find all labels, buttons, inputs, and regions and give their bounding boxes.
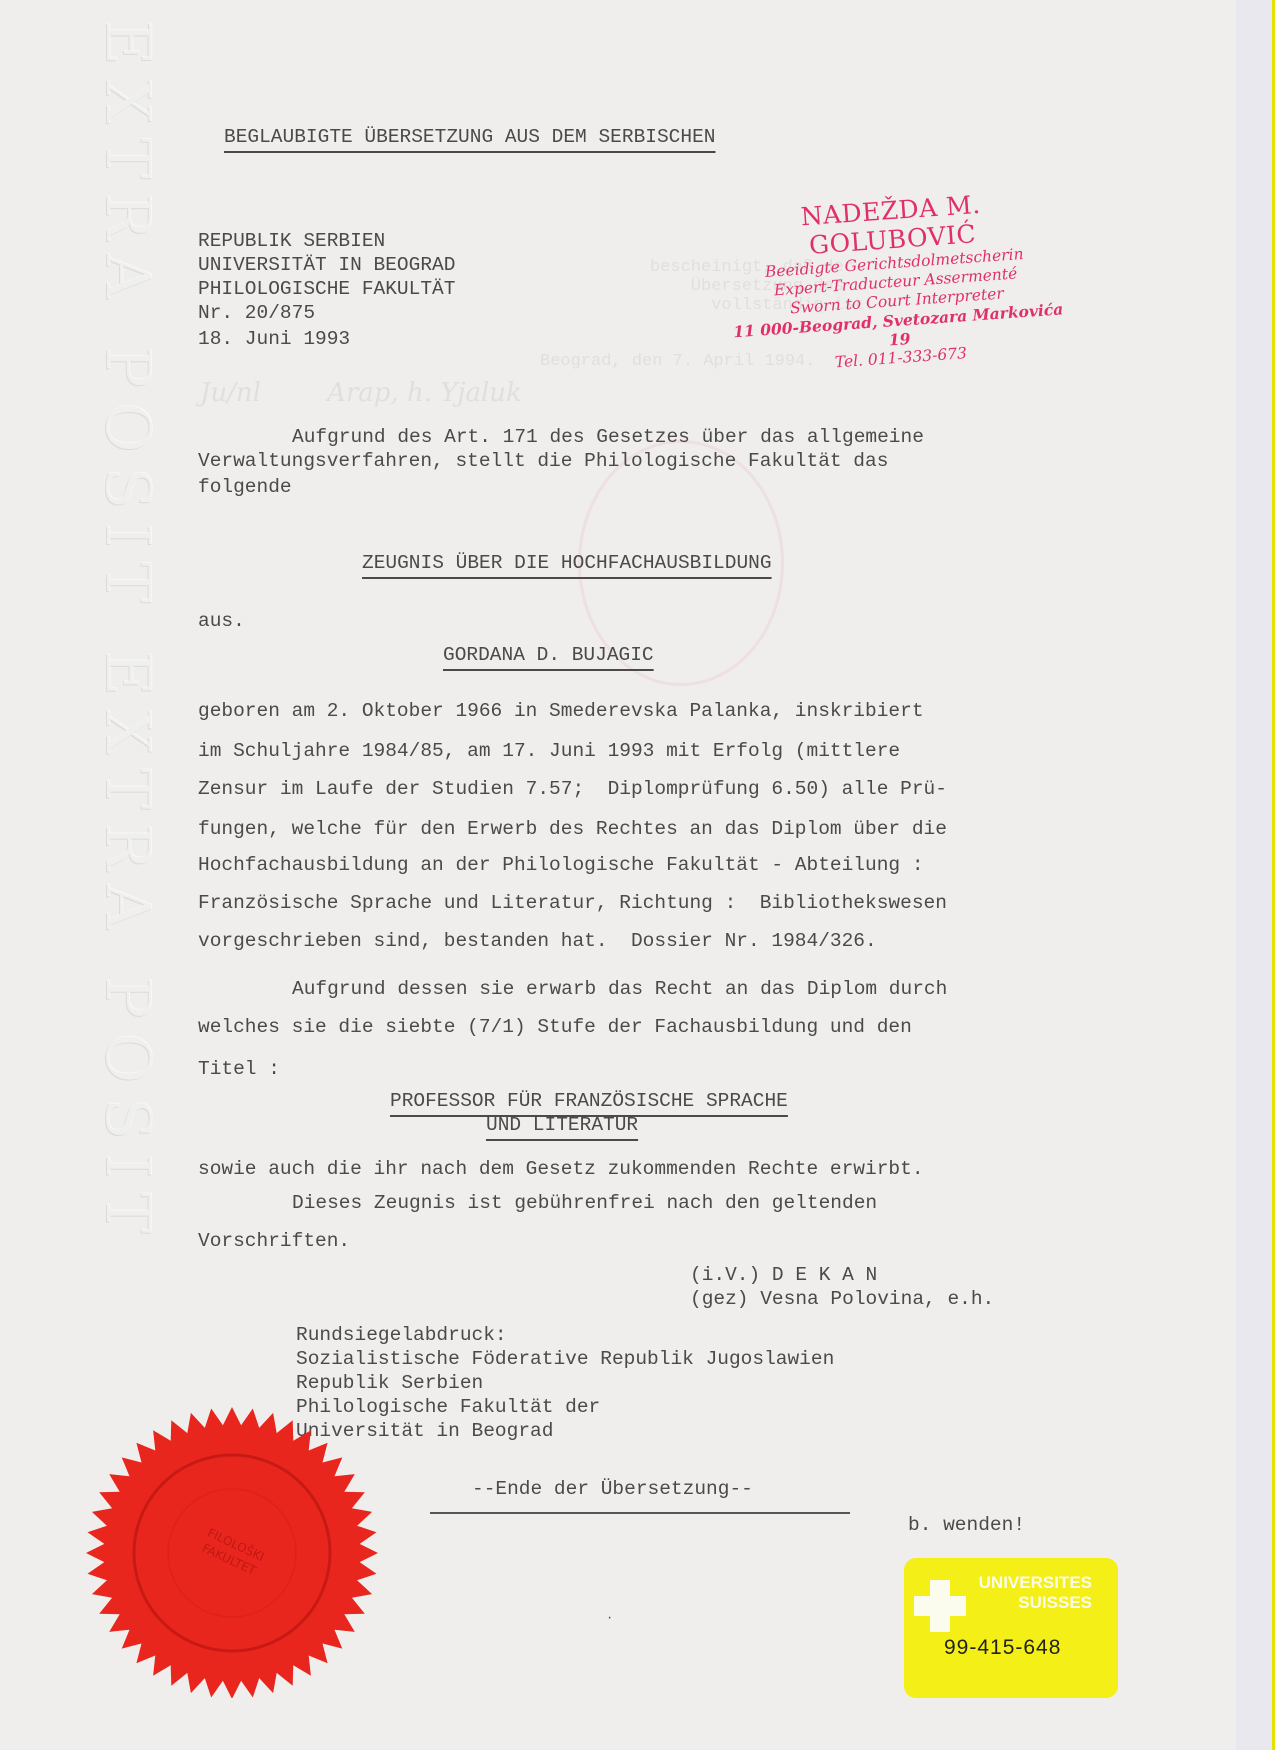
universites-suisses-sticker: UNIVERSITES SUISSES 99-415-648 [904, 1558, 1118, 1698]
speck-dot: · [606, 1612, 613, 1624]
sticker-number: 99-415-648 [944, 1636, 1061, 1660]
intro-line-2: Verwaltungsverfahren, stellt die Philolo… [198, 452, 888, 472]
body-line-6: Französische Sprache und Literatur, Rich… [198, 894, 947, 914]
signature-dean: (i.V.) D E K A N [690, 1266, 877, 1286]
intro-line-3: folgende [198, 478, 292, 498]
aus-text: aus. [198, 612, 245, 632]
para2-line-3: Titel : [198, 1060, 280, 1080]
signature-name: (gez) Vesna Polovina, e.h. [690, 1290, 994, 1310]
body-line-4: fungen, welche für den Erwerb des Rechte… [198, 820, 947, 840]
seal-note-line-1: Rundsiegelabdruck: [296, 1326, 507, 1346]
header-line-date: 18. Juni 1993 [198, 330, 350, 350]
bleed-through-signature: Ju/nl Arap, h. Yjaluk [200, 378, 522, 408]
awarded-title-line-2: UND LITERATUR [486, 1116, 638, 1136]
header-line-university: UNIVERSITÄT IN BEOGRAD [198, 256, 455, 276]
swiss-cross-icon [914, 1580, 966, 1632]
turn-over-note: b. wenden! [908, 1516, 1025, 1536]
end-rule [430, 1512, 850, 1514]
intro-line-1: Aufgrund des Art. 171 des Gesetzes über … [292, 428, 924, 448]
header-line-number: Nr. 20/875 [198, 304, 315, 324]
sticker-title-line-1: UNIVERSITES [979, 1573, 1092, 1593]
sticker-title-line-2: SUISSES [979, 1593, 1092, 1613]
red-foil-seal: FILOLOŠKI FAKULTET [82, 1398, 382, 1698]
body-line-3: Zensur im Laufe der Studien 7.57; Diplom… [198, 780, 947, 800]
header-line-republic: REPUBLIK SERBIEN [198, 232, 385, 252]
body-line-1: geboren am 2. Oktober 1966 in Smederevsk… [198, 702, 924, 722]
body-line-7: vorgeschrieben sind, bestanden hat. Doss… [198, 932, 877, 952]
document-heading: BEGLAUBIGTE ÜBERSETZUNG AUS DEM SERBISCH… [224, 128, 715, 148]
para3-line-1: sowie auch die ihr nach dem Gesetz zukom… [198, 1160, 924, 1180]
certificate-title: ZEUGNIS ÜBER DIE HOCHFACHAUSBILDUNG [362, 554, 772, 574]
para3-line-2: Dieses Zeugnis ist gebührenfrei nach den… [292, 1194, 877, 1214]
body-line-5: Hochfachausbildung an der Philologische … [198, 856, 924, 876]
person-name: GORDANA D. BUJAGIC [443, 646, 654, 666]
seal-note-line-3: Republik Serbien [296, 1374, 483, 1394]
embossed-watermark: EXTRA POSIT EXTRA POSIT [92, 20, 165, 1247]
awarded-title-line-1: PROFESSOR FÜR FRANZÖSISCHE SPRACHE [390, 1092, 788, 1112]
translator-stamp: NADEŽDA M. GOLUBOVIĆ Beeidigte Gerichtsd… [720, 184, 1071, 379]
para2-line-1: Aufgrund dessen sie erwarb das Recht an … [292, 980, 947, 1000]
para2-line-2: welches sie die siebte (7/1) Stufe der F… [198, 1018, 912, 1038]
para3-line-3: Vorschriften. [198, 1232, 350, 1252]
sticker-title: UNIVERSITES SUISSES [979, 1573, 1092, 1613]
header-line-faculty: PHILOLOGISCHE FAKULTÄT [198, 280, 455, 300]
body-line-2: im Schuljahre 1984/85, am 17. Juni 1993 … [198, 742, 900, 762]
seal-note-line-2: Sozialistische Föderative Republik Jugos… [296, 1350, 834, 1370]
end-of-translation: --Ende der Übersetzung-- [472, 1480, 753, 1500]
page-edge-strip [1236, 0, 1272, 1750]
